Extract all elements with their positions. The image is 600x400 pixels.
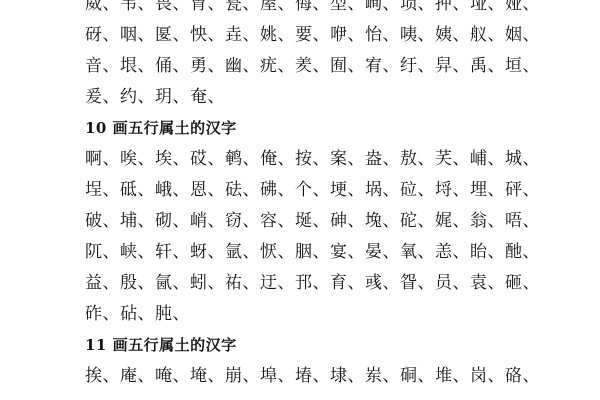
char-line: 挨、庵、唵、埯、崩、埠、堾、埭、岽、硐、堆、岗、硌、: [85, 361, 555, 392]
document-page: 威、韦、畏、胃、瓮、屋、侮、型、峋、埙、押、垭、娅、 砑、咽、匽、怏、垚、姚、要…: [85, 0, 555, 392]
char-line-cut-top: 威、韦、畏、胃、瓮、屋、侮、型、峋、埙、押、垭、娅、: [85, 0, 555, 20]
char-line: 埕、砥、峨、恩、砝、砩、个、埂、埚、砬、埒、埋、砰、: [85, 175, 555, 206]
char-line: 益、殷、氤、蚓、祐、迂、邘、育、彧、眢、员、袁、砸、: [85, 268, 555, 299]
section-heading-10-stroke: 10 画五行属土的汉字: [85, 113, 555, 144]
char-line: 砟、砧、肫、: [85, 299, 555, 330]
char-line: 破、埔、砌、峭、窃、容、埏、砷、堍、砣、娓、翁、唔、: [85, 206, 555, 237]
section-heading-11-stroke: 11 画五行属土的汉字: [85, 330, 555, 361]
char-line: 爰、约、玥、奄、: [85, 82, 555, 113]
char-line: 音、垠、俑、勇、幽、疣、羑、囿、宥、纡、舁、禹、垣、: [85, 51, 555, 82]
char-line: 砑、咽、匽、怏、垚、姚、要、咿、怡、咦、姨、舣、姻、: [85, 20, 555, 51]
char-line: 啊、唉、埃、砹、鹌、俺、按、案、盎、敖、芺、峬、城、: [85, 144, 555, 175]
char-line: 阢、峡、轩、蚜、氩、恹、胭、宴、晏、氧、恙、眙、酏、: [85, 237, 555, 268]
